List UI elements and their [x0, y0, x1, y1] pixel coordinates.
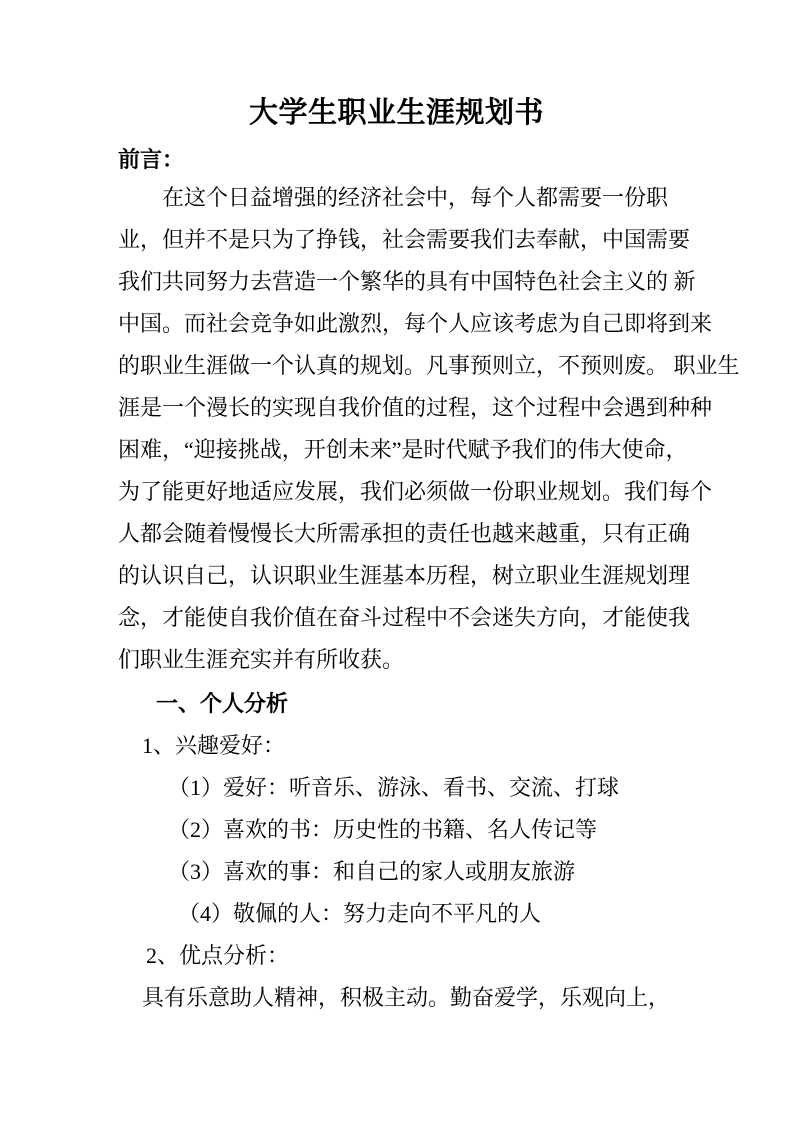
section-heading-personal-analysis: 一、个人分析: [156, 683, 793, 725]
list-item-favorite-books: （2）喜欢的书：历史性的书籍、名人传记等: [168, 809, 793, 851]
paragraph-line: 我们共同努力去营造一个繁华的具有中国特色社会主义的 新: [118, 261, 793, 303]
strengths-text-line: 具有乐意助人精神，积极主动。勤奋爱学，乐观向上，: [142, 977, 793, 1019]
paragraph-line: 念，才能使自我价值在奋斗过程中不会迷失方向，才能使我: [118, 597, 793, 639]
paragraph-line: 中国。而社会竞争如此激烈，每个人应该考虑为自己即将到来: [118, 303, 793, 345]
list-item-interests: 1、兴趣爱好：: [142, 725, 793, 767]
paragraph-line: 们职业生涯充实并有所收获。: [118, 639, 793, 681]
list-item-favorite-things: （3）喜欢的事：和自己的家人或朋友旅游: [168, 851, 793, 893]
paragraph-line: 困难，“迎接挑战，开创未来”是时代赋予我们的伟大使命，: [118, 429, 793, 471]
paragraph-line: 的职业生涯做一个认真的规划。凡事预则立，不预则废。 职业生: [118, 345, 793, 387]
paragraph-line: 为了能更好地适应发展，我们必须做一份职业规划。我们每个: [118, 471, 793, 513]
paragraph-line: 涯是一个漫长的实现自我价值的过程，这个过程中会遇到种种: [118, 387, 793, 429]
document-title: 大学生职业生涯规划书: [0, 0, 793, 133]
list-item-admired-people: （4）敬佩的人：努力走向不平凡的人: [178, 893, 793, 935]
document-page: 大学生职业生涯规划书 前言： 在这个日益增强的经济社会中，每个人都需要一份职 业…: [0, 0, 793, 1122]
section-body: 1、兴趣爱好： （1）爱好：听音乐、游泳、看书、交流、打球 （2）喜欢的书：历史…: [0, 725, 793, 1019]
preface-paragraph: 在这个日益增强的经济社会中，每个人都需要一份职 业，但并不是只为了挣钱，社会需要…: [0, 177, 793, 681]
list-item-strengths: 2、优点分析：: [146, 935, 793, 977]
paragraph-line: 在这个日益增强的经济社会中，每个人都需要一份职: [118, 177, 793, 219]
paragraph-line: 的认识自己，认识职业生涯基本历程，树立职业生涯规划理: [118, 555, 793, 597]
paragraph-line: 业，但并不是只为了挣钱，社会需要我们去奉献，中国需要: [118, 219, 793, 261]
paragraph-line: 人都会随着慢慢长大所需承担的责任也越来越重，只有正确: [118, 513, 793, 555]
list-item-hobbies: （1）爱好：听音乐、游泳、看书、交流、打球: [168, 767, 793, 809]
preface-heading: 前言：: [118, 147, 793, 173]
